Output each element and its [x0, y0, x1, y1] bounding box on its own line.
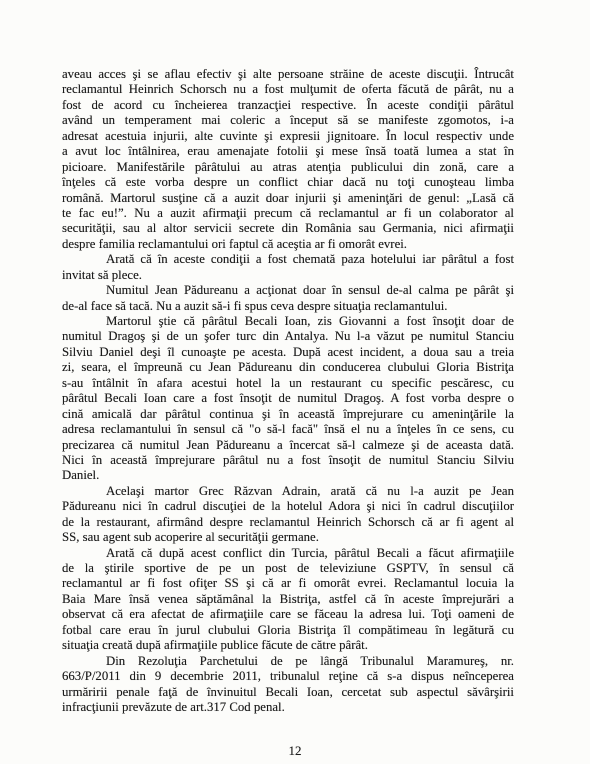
text-line: Pădureanu nici în cadrul discuţiei de la… [62, 499, 514, 514]
text-line: observat că era afectat de afirmaţiile c… [62, 607, 514, 622]
text-line: adresat acestuia injurii, alte cuvinte ş… [62, 129, 514, 144]
text-line: SS, sau agent sub acoperire al securităţ… [62, 530, 514, 545]
text-line: te fac eu!”. Nu a auzit afirmaţii precum… [62, 206, 514, 221]
document-page: aveau acces şi se aflau efectiv şi alte … [0, 0, 590, 764]
text-line: cină amicală dar pârâtul continua şi în … [62, 407, 514, 422]
text-line: s-au întâlnit în afara acestui hotel la … [62, 376, 514, 391]
text-line: Martorul ştie că pârâtul Becali Ioan, zi… [62, 314, 514, 329]
text-line: înţeles că este vorba despre un conflict… [62, 175, 514, 190]
text-line: de-al face să tacă. Nu a auzit să-i fi s… [62, 299, 514, 314]
text-line: română. Martorul susţine că a auzit doar… [62, 191, 514, 206]
text-line: având un temperament mai coleric a încep… [62, 113, 514, 128]
text-line: Arată că după acest conflict din Turcia,… [62, 546, 514, 561]
text-line: fost de acord cu încheierea tranzacţiei … [62, 98, 514, 113]
text-line: a avut loc întâlnirea, erau amenajate fo… [62, 144, 514, 159]
text-line: despre familia reclamantului ori faptul … [62, 237, 514, 252]
text-line: adresa reclamantului în sensul că "o să-… [62, 422, 514, 437]
text-line: Din Rezoluţia Parchetului de pe lângă Tr… [62, 654, 514, 669]
text-line: 663/P/2011 din 9 decembrie 2011, tribuna… [62, 669, 514, 684]
text-line: Silviu Daniel deşi îl cunoaşte pe acesta… [62, 345, 514, 360]
text-line: zi, seara, el împreună cu Jean Pădureanu… [62, 360, 514, 375]
text-line: Acelaşi martor Grec Răzvan Adrain, arată… [62, 484, 514, 499]
text-line: aveau acces şi se aflau efectiv şi alte … [62, 67, 514, 82]
text-line: urmăririi penale faţă de învinuitul Beca… [62, 685, 514, 700]
text-line: Numitul Jean Pădureanu a acţionat doar î… [62, 283, 514, 298]
text-line: reclamantul Heinrich Schorsch nu a fost … [62, 82, 514, 97]
page-number: 12 [0, 743, 590, 758]
text-line: situaţia creată după afirmaţiile publice… [62, 638, 514, 653]
text-line: numitul Dragoş şi de un şofer turc din A… [62, 329, 514, 344]
text-line: precizarea că numitul Jean Pădureanu a î… [62, 438, 514, 453]
text-line: invitat să plece. [62, 268, 514, 283]
text-line: de la restaurant, afirmând despre reclam… [62, 515, 514, 530]
text-line: pârâtul Becali Ioan care a fost însoţit … [62, 391, 514, 406]
text-line: picioare. Manifestările pârâtului au atr… [62, 160, 514, 175]
text-line: fotbal care erau în jurul clubului Glori… [62, 623, 514, 638]
text-line: Nici în această împrejurare pârâtul nu a… [62, 453, 514, 468]
text-line: infracţiunii prevăzute de art.317 Cod pe… [62, 700, 514, 715]
text-line: Daniel. [62, 468, 514, 483]
text-line: securităţii, sau al altor servicii secre… [62, 221, 514, 236]
text-line: Arată că în aceste condiţii a fost chema… [62, 252, 514, 267]
text-line: reclamantul ar fi fost ofiţer SS şi că a… [62, 576, 514, 591]
text-line: Baia Mare însă venea săptămânal la Bistr… [62, 592, 514, 607]
text-block: aveau acces şi se aflau efectiv şi alte … [62, 67, 514, 715]
text-line: de la ştirile sportive de pe un post de … [62, 561, 514, 576]
